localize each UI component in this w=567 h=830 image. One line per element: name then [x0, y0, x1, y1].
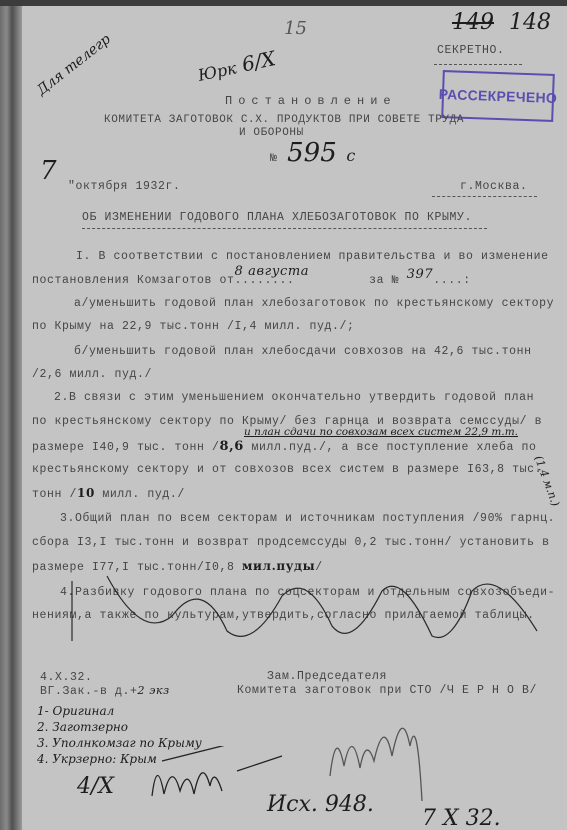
p2-line-4: крестьянскому сектору и от совхозов всех… — [32, 463, 542, 476]
signatory-title-1: Зам.Председателя — [267, 670, 387, 683]
p2-line-1: 2.В связи с этим уменьшением окончательн… — [54, 391, 534, 404]
p3-line-1: 3.Общий план по всем секторам и источник… — [60, 512, 555, 525]
typist-reference: ВГ.Зак.-в д.+2 экз — [40, 684, 170, 698]
p1-line-1: I. В соответствии с постановлением прави… — [76, 250, 549, 263]
place-underline — [432, 196, 537, 197]
p3-line-2: сбора I3,I тыс.тонн и возврат продсемссу… — [32, 536, 550, 549]
doc-type-heading: Постановление — [225, 94, 397, 108]
title-underline — [82, 228, 487, 229]
date-code: 4.X.32. — [40, 671, 93, 684]
p2-line-3: размере I40,9 тыс. тонн /8,6 милл.пуд./,… — [32, 439, 537, 454]
secondary-signature — [142, 746, 302, 830]
p1a-line-1: а/уменьшить годовой план хлебозаготовок … — [74, 297, 554, 310]
document-title: ОБ ИЗМЕНЕНИИ ГОДОВОГО ПЛАНА ХЛЕБОЗАГОТОВ… — [82, 211, 472, 224]
distribution-2: 2. Заготзерно — [37, 720, 128, 734]
date-text: "октября 1932г. — [68, 180, 181, 193]
date-day-handwritten: 7 — [40, 156, 57, 186]
distribution-4: 4. Укрзерно: Крым — [37, 752, 157, 766]
document-page: 149 148 СЕКРЕТНО. РАССЕКРЕЧЕНО Для телег… — [22, 6, 567, 830]
signatory-title-2: Комитета заготовок при СТО /Ч Е Р Н О В/ — [237, 684, 537, 697]
issuer-line-1: КОМИТЕТА ЗАГОТОВОК С.Х. ПРОДУКТОВ ПРИ СО… — [104, 114, 464, 126]
p1b-line-1: б/уменьшить годовой план хлебосдачи совх… — [74, 345, 532, 358]
distribution-1: 1- Оригинал — [37, 704, 114, 718]
margin-note-initials-date: Юрк 6/X — [195, 46, 277, 86]
p1-line-2: постановления Комзаготов от........8 авг… — [32, 272, 471, 287]
handwritten-registration-date: 7 X 32. — [422, 806, 501, 830]
classification-underline — [434, 64, 522, 65]
binding-shadow — [0, 6, 22, 830]
chairman-signature — [322, 706, 432, 806]
place-text: г.Москва. — [460, 180, 528, 193]
handwritten-date-left: 4/X — [77, 774, 114, 799]
p2-handwritten-insert: и план сдачи по совхозам всех систем 22,… — [244, 426, 518, 438]
resolution-number: № 595 с — [270, 138, 355, 168]
classification-label: СЕКРЕТНО. — [437, 44, 505, 57]
p4-strikethrough-wave — [52, 571, 542, 646]
margin-note-15: 15 — [284, 18, 307, 39]
p1a-line-2: по Крыму на 22,9 тыс.тонн /I,4 милл. пуд… — [32, 320, 355, 333]
p1b-line-2: /2,6 милл. пуд./ — [32, 368, 152, 381]
p2-line-5: тонн /10 милл. пуд./ — [32, 486, 185, 501]
archive-sheet-number: 149 148 — [452, 10, 551, 35]
handwritten-registration-number: Исх. 948. — [267, 792, 374, 817]
margin-note-telegram: Для телегр — [34, 31, 114, 98]
